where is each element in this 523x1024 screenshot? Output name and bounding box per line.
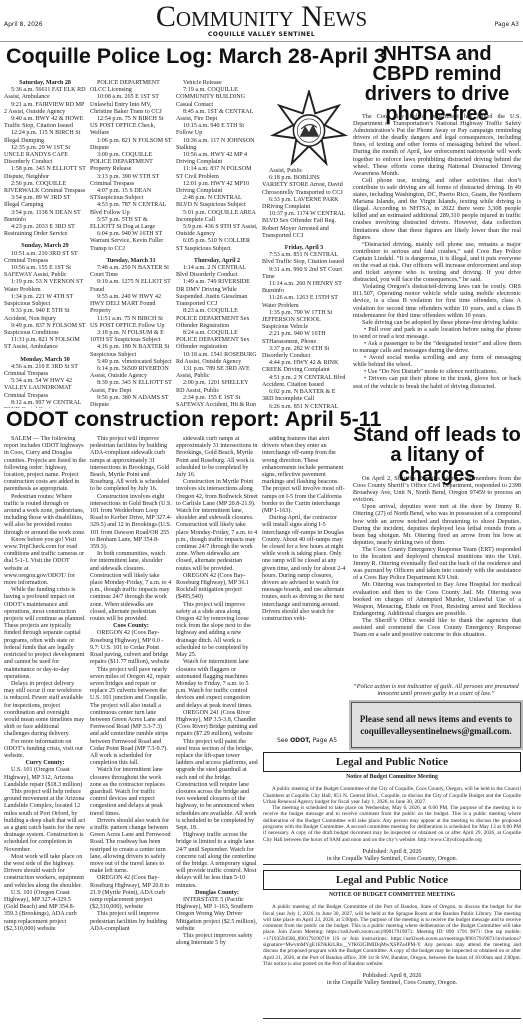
paragraph: Construction involves eight intersection… xyxy=(90,494,172,552)
log-entry: 5:57 p.m. 5TH ST & ELLIOTT St Dog at Lar… xyxy=(90,217,172,231)
log-entry: 2:56 p.m. COQUILLE RIVERWALK Criminal Tr… xyxy=(4,181,86,195)
log-entry: POLICE DEPARTMENT OLCC Licensing xyxy=(90,80,172,94)
published-date: Published: April 8, 2026 xyxy=(263,849,521,856)
continued-jump-line[interactable]: See ODOT, Page A5 xyxy=(262,737,352,744)
log-entry: 2:48 p.m. N CENTRAL BLVD N Suspicious Su… xyxy=(176,195,258,209)
log-entry: 1:49 a.m. 749 RIVERSIDE DR DMV Driving W… xyxy=(176,279,258,308)
log-entry: 10:15 a.m. 940 E 5TH St Follow Up xyxy=(176,123,258,137)
log-day-heading: Monday, March 30 xyxy=(4,357,86,364)
log-entry: 1:19 p.m. 53 N VERNON ST Water Problem xyxy=(4,279,86,293)
log-entry: 131 p.m. 789 SE 3RD AVE Assist, Public xyxy=(176,366,258,380)
log-entry: 10:36 a.m. 117 N JOHNSON Stalking xyxy=(176,138,258,152)
log-entry: 5:49 p.m. vlmotocated Subject xyxy=(90,359,172,366)
log-entry: 3:54 p.m. 89 W 3RD ST Illegal Camping xyxy=(4,195,86,209)
paragraph: The Coos County Emergency Response Team … xyxy=(353,546,521,581)
odot-column-2: This project will improve pedestrian fac… xyxy=(90,436,172,1024)
log-entry: 6:14 p.m. 56509 RIVERTON Assist, Outside… xyxy=(90,366,172,380)
police-log-column-1: Saturday, March 285:36 a.m. 56611 FAT EL… xyxy=(4,80,86,408)
log-entry: 3:00 p.m. COQUILLE POLICE DEPARTMENT Pro… xyxy=(90,152,172,174)
log-entry: 8:24 a.m. COQUILLE POLICE DEPARTMENT Sex… xyxy=(176,330,258,352)
log-entry: 1:14 a.m. 2 N CENTRAL Blvd Disorderly Co… xyxy=(176,265,258,279)
paragraph: Watch for intermittent lane closures wit… xyxy=(176,659,258,709)
police-log-column-2: POLICE DEPARTMENT OLCC Licensing10:08 a.… xyxy=(90,80,172,408)
legal-notice-header-2: Legal and Public Notice xyxy=(263,870,521,890)
log-day-heading: Sunday, March 29 xyxy=(4,243,86,250)
paragraph: This project will improve safety at a sl… xyxy=(176,602,258,660)
paragraph: The meeting is scheduled to take place o… xyxy=(263,805,521,843)
paragraph: Highway traffic across the bridge is lim… xyxy=(176,832,258,890)
notice-title: NOTICE OF BUDGET COMMITTEE MEETING xyxy=(263,892,521,898)
log-entry: 9:19 a.m. 1275 N ELLIOT ST Fraud xyxy=(90,279,172,293)
page-number: Page A3 xyxy=(495,21,519,28)
log-day-heading: Thursday, April 2 xyxy=(176,258,258,265)
paragraph: Mr. Oitering was transported to Bay Area… xyxy=(353,581,521,616)
log-entry: 6:05 p.m. 510 N COLLIER ST Suspicious Su… xyxy=(176,238,258,252)
log-entry: 10:51 a.m. 210 3RD ST ST Criminal Trespa… xyxy=(4,251,86,265)
log-entry: 10:08 a.m. 265 E 1ST ST Unlawful Entry I… xyxy=(90,94,172,116)
log-day-heading: Friday, April 3 xyxy=(262,245,346,252)
log-entry: 2:21 p.m. 940 W 16TH STHarassment, Phone xyxy=(262,331,346,345)
log-entry: 9:31 a.m. 990 S 2nd ST Court Time xyxy=(262,267,346,281)
paragraph: U.S. 101 (Oregon Coast Highway), MP 312,… xyxy=(4,767,86,789)
log-entry: 9:33 p.m. 940 E 5TH St Accident, Non Inj… xyxy=(4,308,86,322)
log-entry: 5:36 a.m. 56611 FAT ELK RD Assist, Ambul… xyxy=(4,87,86,101)
odot-column-4: adding features that alert drivers when … xyxy=(262,436,346,726)
legal-notice-1: Notice of Budget Committee MeetingA publ… xyxy=(263,771,521,863)
log-entry: 11:14 a.m. 837 N FOLSOM ST Civil Problem xyxy=(176,166,258,180)
masthead: April 8, 2026 Community News COQUILLE VA… xyxy=(0,0,523,42)
published-in: in the Coquille Valley Sentinel, Coos Co… xyxy=(263,980,521,987)
log-entry: 12:24 p.m. 115 N BIRCH St Illegal Dumpin… xyxy=(4,130,86,144)
paragraph: A public meeting of the Budget Committee… xyxy=(263,786,521,805)
paragraph: Know before you go! Visit www.TripCheck.… xyxy=(4,537,86,587)
legal-notice-header-1: Legal and Public Notice xyxy=(263,752,521,772)
paragraph: Cell phone use, texting, and other activ… xyxy=(353,177,521,241)
log-entry: 8:45 a.m. 1ST & CENTRAL Assist, Fire Dep… xyxy=(176,109,258,123)
log-entry: 4:53 p.m. 787 N CENTRAL Blvd Follow Up xyxy=(90,202,172,216)
log-entry: 6:18 p.m. BOBLINS VARIETY STORE Arrest, … xyxy=(262,175,346,197)
standoff-article-body: On April 2, Sheriff’s Deputies, along wi… xyxy=(353,475,521,680)
log-entry: 3:54 p.m. 1138 N DEAN ST Burninfo xyxy=(4,210,86,224)
bullet-item: • Pull over and park in a safe location … xyxy=(353,326,521,340)
divider xyxy=(263,864,521,865)
paragraph: Construction in Myrtle Point involves si… xyxy=(176,479,258,573)
log-entry: 4:51 p.m. 2 N CENTRAL Blvd Accident. Cit… xyxy=(262,375,346,389)
log-entry: 1:06 p.m. 821 N FOLSOM ST Dispute xyxy=(90,138,172,152)
log-entry: 12:54 p.m. 75 N BIRCH St US POST OFFICE … xyxy=(90,116,172,138)
log-entry: 7:48 a.m. 250 N BAXTER St Court Time xyxy=(90,265,172,279)
paragraph: The Coos Bay Police Department has joine… xyxy=(353,113,521,177)
log-entry: 11:51 a.m. 75 N BIRCH St US POST OFFICE … xyxy=(90,316,172,330)
log-entry: 11:26 a.m. 1263 E 15TH ST Water Problem xyxy=(262,295,346,309)
paragraph: The Sheriff’s Office would like to thank… xyxy=(353,617,521,638)
bullet-item: • Avoid social media scrolling and any f… xyxy=(353,354,521,368)
odot-column-1: SALEM — The following report includes OD… xyxy=(4,436,86,1024)
paragraph: Safe driving can be adopted by these pho… xyxy=(353,319,521,326)
paragraph: This project will help reduce ground mov… xyxy=(4,789,86,854)
police-disclaimer: “Police action is not indicative of guil… xyxy=(352,683,520,698)
paragraph: OREGON 42 (Coos Bay-Roseburg Highway), M… xyxy=(176,573,258,602)
log-day-heading: Saturday, March 28 xyxy=(4,80,86,87)
log-entry: 3:18 p.m. N FOLSUM & E 10TH ST Suspiciou… xyxy=(90,330,172,344)
log-entry: 9:40 a.m. HWY 42 & HOWE Traffic Stop, Ci… xyxy=(4,116,86,130)
log-entry: 1:34 p.m. 221 W 4TH ST Suspicious Subjec… xyxy=(4,294,86,308)
paragraph: adding features that alert drivers when … xyxy=(262,436,346,515)
log-entry: 7:53 a.m. 851 N CENTRAL Blvd Traffic Sto… xyxy=(262,252,346,266)
paragraph: U.S. 101 (Oregon Coast Highway), MP 327.… xyxy=(4,890,86,933)
bullet-item: • Ask a passenger to be the “designated … xyxy=(353,340,521,354)
paragraph: Upon arrival, deputies were met at the d… xyxy=(353,503,521,546)
ad-line-1: Please send all news items and events to xyxy=(352,713,520,725)
paragraph: sidewalk curb ramps at approximately 31 … xyxy=(176,436,258,479)
log-entry: 6:02 p.m. N BAXTER & E 3RD Incomplete Ca… xyxy=(262,389,346,403)
paragraph: Delays in project delivery may still occ… xyxy=(4,681,86,739)
nhtsa-headline: NHTSA and CBPD remind drivers to drive p… xyxy=(352,44,522,124)
log-entry: 8:39 p.m. 343 N ELLIOTT ST Assist, Fire … xyxy=(90,380,172,394)
paragraph: Violating Oregon’s distracted-driving la… xyxy=(353,283,521,318)
paragraph: For more information on ODOT’s funding c… xyxy=(4,739,86,761)
paragraph: Drivers should also watch for a traffic … xyxy=(90,818,172,876)
log-entry: 5:9 p.m. 436 S 9TH ST Assist, Outside Ag… xyxy=(176,224,258,238)
log-entry: 4:23 p.m. 2033 E 3RD ST Restraining Orde… xyxy=(4,224,86,238)
bullet-item: • Use “Do Not Disturb” mode to silence n… xyxy=(353,368,521,375)
log-entry: 10:18 a.m. 1541 ROSEBURG Rd Assist, Outs… xyxy=(176,352,258,366)
log-entry: 10:56 a.m. 155 E 1ST St SAFEWAY Assist, … xyxy=(4,265,86,279)
log-entry: 12:35 p.m. 29 W 1ST St UNCLE RANDYS CAFE… xyxy=(4,145,86,167)
log-entry: 1:35 p.m. 790 W 17TH St JEFFERSON SCHOOL… xyxy=(262,310,346,332)
paragraph: INTERSTATE 5 (Pacific Highway), MP 1-163… xyxy=(176,897,258,933)
log-entry: 11:14 a.m. 260 N HENRY ST Burninfo xyxy=(262,281,346,295)
log-entry: 9:21 a.m. FAIRVIEW RD MP 2 Assist, Outsi… xyxy=(4,102,86,116)
paragraph: A public meeting of the Budget Committee… xyxy=(263,904,521,967)
paragraph: OREGON 42 (Coos Bay-Roseburg Highway), M… xyxy=(90,875,172,911)
log-entry: 5:01 p.m. COQUILLE AREA Incomplete Call xyxy=(176,210,258,224)
log-entry: 4:56 a.m. 210 E 3RD St ST Criminal Tresp… xyxy=(4,364,86,378)
nhtsa-article-body: The Coos Bay Police Department has joine… xyxy=(353,113,521,425)
news-submission-ad: Please send all news items and events to… xyxy=(351,702,521,748)
paragraph: While the funding crisis is having a pro… xyxy=(4,587,86,681)
county-heading: Douglas County: xyxy=(176,890,258,897)
log-entry: Assist, Public xyxy=(262,168,346,175)
divider xyxy=(263,1018,521,1019)
log-entry: 4:44 p.m. HWY 42 & RINK CREEK Driving Co… xyxy=(262,360,346,374)
log-entry: 9:56 p.m. 380 N ADAMS ST Dispute xyxy=(90,395,172,408)
paragraph: Watch for intermittent lane closures thr… xyxy=(90,767,172,817)
log-entry: 4:07 p.m. 15 S DEAN STSuspicious Subject xyxy=(90,188,172,202)
log-entry: 10:56 a.m. HWY 42 MP 4 Driving Complaint xyxy=(176,152,258,166)
log-entry: 9:55 a.m. 240 W HWY 42 HWY DELI MART Fou… xyxy=(90,294,172,316)
police-log-column-3: Vehicle Release7:19 a.m. COQUILLE COMMUN… xyxy=(176,80,258,408)
log-entry: 2:00 p.m. 1201 SHELLEY RD Assist, Public xyxy=(176,380,258,394)
paragraph: OREGON 241 (Coos River Highway), MP 3.5-… xyxy=(176,710,258,739)
log-entry: 12:01 p.m. HWY 42 MP10 Driving Complaint xyxy=(176,181,258,195)
sheriff-star-badge-icon xyxy=(270,90,348,168)
paragraph: This project improves safety along Inter… xyxy=(176,933,258,947)
notice-title: Notice of Budget Committee Meeting xyxy=(263,774,521,780)
legal-notice-2: NOTICE OF BUDGET COMMITTEE MEETINGA publ… xyxy=(263,889,521,987)
paragraph: This project will pave nearly seven mile… xyxy=(90,667,172,768)
log-day-heading: Tuesday, March 31 xyxy=(90,258,172,265)
published-date: Published: April 8, 2026 xyxy=(263,973,521,980)
paragraph: During April, the contractor will instal… xyxy=(262,515,346,623)
log-entry: 4:16 p.m. 180 N BAXTER St Suspicious Sub… xyxy=(90,344,172,358)
log-entry: 10:37 p.m. 1174 W CENTRAL BLVD Sex Offen… xyxy=(262,211,346,240)
log-entry: 11:31 p.m. 821 N FOLSOM ST Assist, Ambul… xyxy=(4,337,86,351)
log-entry: 8:23 a.m. COQUILLE POLICE DEPARTMENT Sex… xyxy=(176,308,258,330)
police-log-headline: Coquille Police Log: March 28-April 3 xyxy=(6,46,386,68)
log-entry: 7:19 a.m. COQUILLE COMMUNITY BUILDING Ca… xyxy=(176,87,258,109)
paragraph: SALEM — The following report includes OD… xyxy=(4,436,86,494)
bullet-item: • Drivers can put their phone in the tru… xyxy=(353,375,521,389)
paragraph: This project will improve pedestrian fac… xyxy=(90,436,172,494)
log-entry: 3:13 p.m. 390 W 5TH ST Criminal Trespass xyxy=(90,174,172,188)
log-entry: 3:37 p.m. 282 W 6TH St Disorderly Conduc… xyxy=(262,346,346,360)
paragraph: OREGON 42 (Coos Bay-Roseburg Highway), M… xyxy=(90,630,172,666)
section-title: Community News xyxy=(0,2,523,32)
log-entry: 6:33 p.m. LAVERNE PARK DRiving Complaint xyxy=(262,197,346,211)
paragraph: On April 2, Sheriff’s Deputies, along wi… xyxy=(353,475,521,503)
published-in: in the Coquille Valley Sentinel, Coos Co… xyxy=(263,856,521,863)
paragraph: Most work will take place on the west si… xyxy=(4,854,86,890)
log-entry: 6:04 p.m. 940 W 16TH ST Warrant Service,… xyxy=(90,231,172,253)
paragraph: This project will paint the steel truss … xyxy=(176,739,258,833)
odot-headline: ODOT construction report: April 5-11 xyxy=(6,409,523,431)
paragraph: “Distracted driving, mainly cell phone u… xyxy=(353,241,521,284)
ad-email-link[interactable]: coquillevalleysentinelnews@gmail.com. xyxy=(352,725,520,737)
paragraph: This project will improve pedestrian fac… xyxy=(90,911,172,933)
log-entry: 5:34 a.m. 54 W HWY 42 VALLEY LAUNDROMAT … xyxy=(4,378,86,400)
police-log-column-4: Assist, Public6:18 p.m. BOBLINS VARIETY … xyxy=(262,168,346,408)
log-entry: 9:49 p.m. 837 N FOLSOM ST Suspicious Con… xyxy=(4,323,86,337)
log-entry: Vehicle Release xyxy=(176,80,258,87)
odot-column-3: sidewalk curb ramps at approximately 31 … xyxy=(176,436,258,1024)
paragraph: Pedestrian routes: Where traffic is rout… xyxy=(4,494,86,537)
odot-jump-link[interactable]: ODOT, xyxy=(290,737,311,744)
log-entry: 1:58 p.m. 343 N ELLIOTT ST Dispute, Neig… xyxy=(4,166,86,180)
log-entry: 2:34 p.m. 155 E 1ST St SAFEWAY Accident,… xyxy=(176,395,258,408)
paragraph: In both communities, watch for intermitt… xyxy=(90,551,172,623)
paper-name: COQUILLE VALLEY SENTINEL xyxy=(0,31,523,38)
